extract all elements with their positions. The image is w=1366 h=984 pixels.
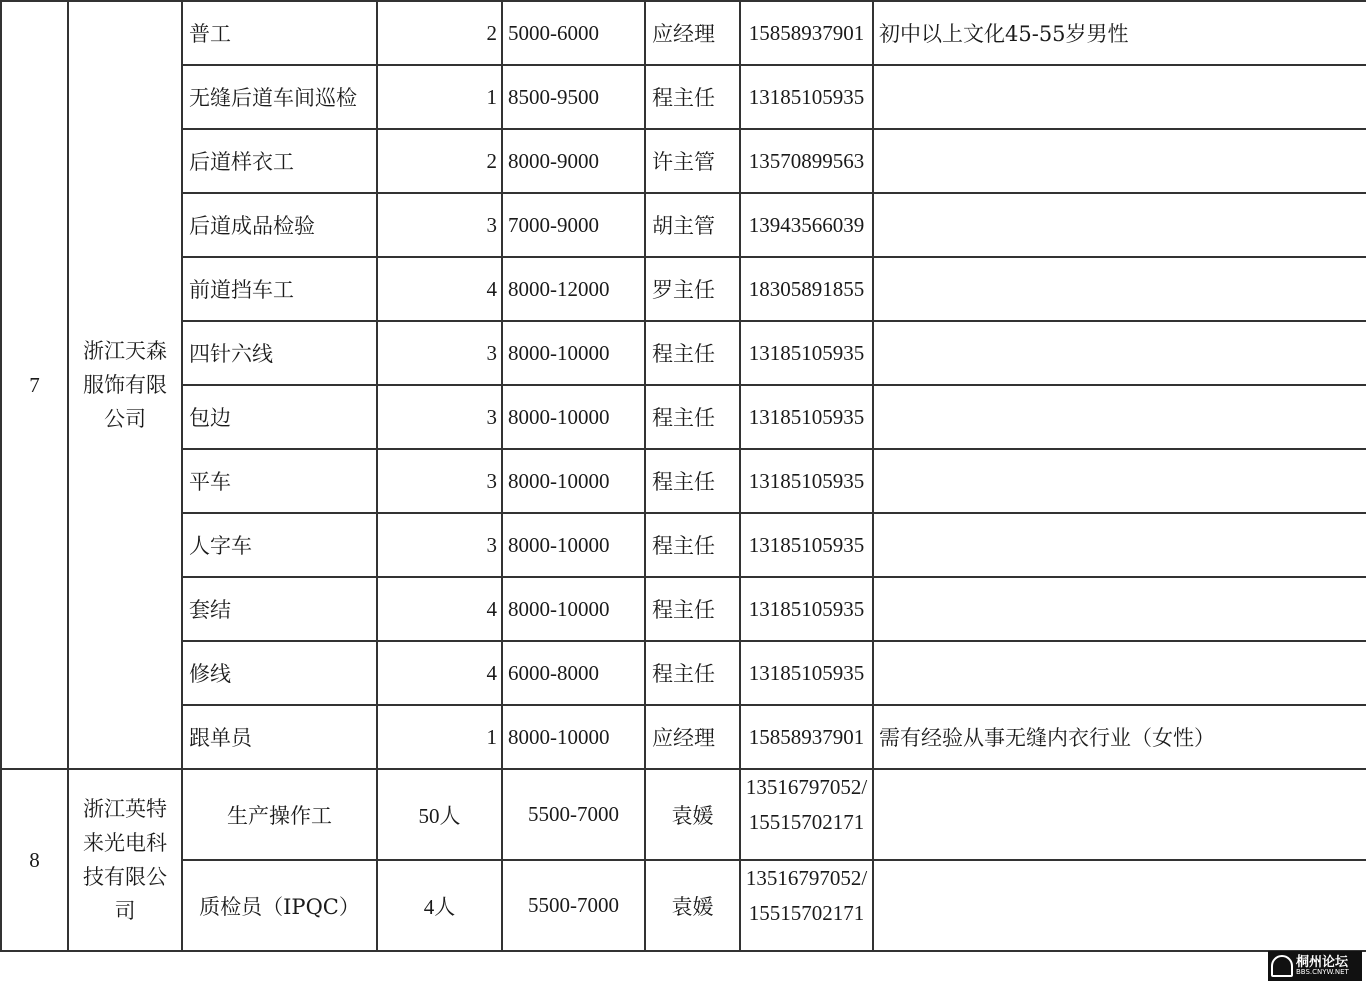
job-salary: 8000-10000 xyxy=(502,513,645,577)
table-row: 包边38000-10000程主任13185105935 xyxy=(1,385,1366,449)
job-listing-table: 7浙江天森服饰有限公司普工25000-6000应经理15858937901初中以… xyxy=(0,0,1366,952)
job-contact: 程主任 xyxy=(645,321,740,385)
forum-watermark: 桐州论坛 BBS.CNYW.NET xyxy=(1268,951,1362,981)
job-phone: 13185105935 xyxy=(740,385,873,449)
job-salary: 8000-10000 xyxy=(502,385,645,449)
job-position: 后道成品检验 xyxy=(182,193,377,257)
job-phone: 13516797052/15515702171 xyxy=(740,860,873,951)
job-position: 普工 xyxy=(182,1,377,65)
job-note xyxy=(873,577,1366,641)
job-count: 1 xyxy=(377,705,502,769)
job-position: 后道样衣工 xyxy=(182,129,377,193)
job-note xyxy=(873,769,1366,860)
job-count: 4 xyxy=(377,257,502,321)
job-count: 4 xyxy=(377,577,502,641)
table-row: 四针六线38000-10000程主任13185105935 xyxy=(1,321,1366,385)
job-phone: 13943566039 xyxy=(740,193,873,257)
job-position: 四针六线 xyxy=(182,321,377,385)
job-position: 生产操作工 xyxy=(182,769,377,860)
job-position: 无缝后道车间巡检 xyxy=(182,65,377,129)
table-row: 前道挡车工48000-12000罗主任18305891855 xyxy=(1,257,1366,321)
job-count: 3 xyxy=(377,193,502,257)
job-phone: 13185105935 xyxy=(740,641,873,705)
table-row: 套结48000-10000程主任13185105935 xyxy=(1,577,1366,641)
job-contact: 罗主任 xyxy=(645,257,740,321)
job-phone: 15858937901 xyxy=(740,1,873,65)
job-contact: 程主任 xyxy=(645,449,740,513)
job-count: 2 xyxy=(377,1,502,65)
job-salary: 7000-9000 xyxy=(502,193,645,257)
job-phone: 13516797052/15515702171 xyxy=(740,769,873,860)
job-count: 4人 xyxy=(377,860,502,951)
job-note xyxy=(873,449,1366,513)
job-contact: 程主任 xyxy=(645,577,740,641)
job-note xyxy=(873,860,1366,951)
watermark-subtitle: BBS.CNYW.NET xyxy=(1296,969,1349,976)
job-salary: 8000-10000 xyxy=(502,577,645,641)
job-note xyxy=(873,641,1366,705)
job-count: 4 xyxy=(377,641,502,705)
job-note xyxy=(873,257,1366,321)
job-count: 1 xyxy=(377,65,502,129)
company-index: 8 xyxy=(1,769,68,951)
job-contact: 应经理 xyxy=(645,705,740,769)
job-salary: 8000-12000 xyxy=(502,257,645,321)
job-salary: 8000-10000 xyxy=(502,321,645,385)
job-note xyxy=(873,129,1366,193)
job-phone: 13185105935 xyxy=(740,513,873,577)
job-salary: 6000-8000 xyxy=(502,641,645,705)
table-row: 平车38000-10000程主任13185105935 xyxy=(1,449,1366,513)
job-contact: 程主任 xyxy=(645,385,740,449)
job-count: 3 xyxy=(377,449,502,513)
job-note xyxy=(873,513,1366,577)
job-position: 前道挡车工 xyxy=(182,257,377,321)
job-contact: 袁媛 xyxy=(645,860,740,951)
table-row: 人字车38000-10000程主任13185105935 xyxy=(1,513,1366,577)
job-count: 3 xyxy=(377,385,502,449)
job-phone: 15858937901 xyxy=(740,705,873,769)
job-salary: 5500-7000 xyxy=(502,860,645,951)
job-position: 套结 xyxy=(182,577,377,641)
table-row: 后道样衣工28000-9000许主管13570899563 xyxy=(1,129,1366,193)
job-salary: 5500-7000 xyxy=(502,769,645,860)
job-position: 人字车 xyxy=(182,513,377,577)
job-note: 初中以上文化45-55岁男性 xyxy=(873,1,1366,65)
job-contact: 程主任 xyxy=(645,65,740,129)
job-contact: 袁媛 xyxy=(645,769,740,860)
job-salary: 5000-6000 xyxy=(502,1,645,65)
job-note: 需有经验从事无缝内衣行业（女性） xyxy=(873,705,1366,769)
job-phone: 13185105935 xyxy=(740,321,873,385)
job-note xyxy=(873,193,1366,257)
table-row: 跟单员18000-10000应经理15858937901需有经验从事无缝内衣行业… xyxy=(1,705,1366,769)
job-count: 3 xyxy=(377,513,502,577)
job-phone: 13185105935 xyxy=(740,449,873,513)
job-contact: 程主任 xyxy=(645,641,740,705)
table-row: 8浙江英特来光电科技有限公司生产操作工50人5500-7000袁媛1351679… xyxy=(1,769,1366,860)
job-salary: 8000-10000 xyxy=(502,449,645,513)
job-phone: 13185105935 xyxy=(740,65,873,129)
job-contact: 胡主管 xyxy=(645,193,740,257)
job-position: 平车 xyxy=(182,449,377,513)
job-position: 包边 xyxy=(182,385,377,449)
job-position: 跟单员 xyxy=(182,705,377,769)
job-note xyxy=(873,65,1366,129)
job-salary: 8500-9500 xyxy=(502,65,645,129)
table-row: 无缝后道车间巡检18500-9500程主任13185105935 xyxy=(1,65,1366,129)
table-row: 质检员（IPQC）4人5500-7000袁媛13516797052/155157… xyxy=(1,860,1366,951)
job-phone: 13570899563 xyxy=(740,129,873,193)
job-note xyxy=(873,385,1366,449)
job-count: 50人 xyxy=(377,769,502,860)
job-position: 质检员（IPQC） xyxy=(182,860,377,951)
job-salary: 8000-9000 xyxy=(502,129,645,193)
job-count: 3 xyxy=(377,321,502,385)
company-index: 7 xyxy=(1,1,68,769)
job-note xyxy=(873,321,1366,385)
job-contact: 程主任 xyxy=(645,513,740,577)
job-contact: 应经理 xyxy=(645,1,740,65)
job-phone: 13185105935 xyxy=(740,577,873,641)
job-count: 2 xyxy=(377,129,502,193)
table-row: 后道成品检验37000-9000胡主管13943566039 xyxy=(1,193,1366,257)
company-name: 浙江天森服饰有限公司 xyxy=(68,1,182,769)
table-row: 7浙江天森服饰有限公司普工25000-6000应经理15858937901初中以… xyxy=(1,1,1366,65)
job-phone: 18305891855 xyxy=(740,257,873,321)
job-contact: 许主管 xyxy=(645,129,740,193)
job-salary: 8000-10000 xyxy=(502,705,645,769)
table-row: 修线46000-8000程主任13185105935 xyxy=(1,641,1366,705)
forum-logo-icon xyxy=(1271,955,1293,977)
job-position: 修线 xyxy=(182,641,377,705)
company-name: 浙江英特来光电科技有限公司 xyxy=(68,769,182,951)
